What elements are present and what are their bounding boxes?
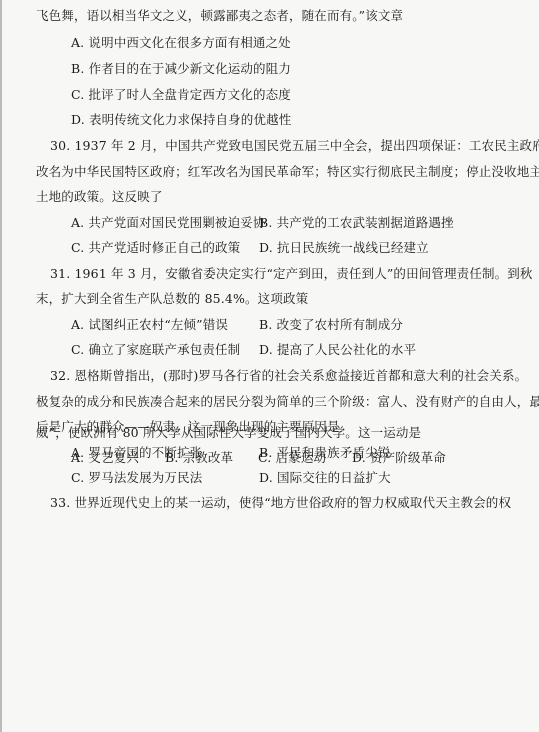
q30-stem-line: 土地的政策。这反映了 [36, 188, 163, 206]
q29-option-c: C. 批评了时人全盘肯定西方文化的态度 [71, 86, 291, 104]
exam-page: 飞色舞，语以相当华文之义，顿露鄙夷之态者，随在而有。”该文章 A. 说明中西文化… [0, 0, 539, 732]
q32-stem-line: 32. 恩格斯曾指出，(那时)罗马各行省的社会关系愈益接近首都和意大利的社会关系… [50, 367, 527, 385]
q31-stem-line: 31. 1961 年 3 月，安徽省委决定实行“定产到田，责任到人”的田间管理责… [50, 265, 533, 283]
q31-option-c: C. 确立了家庭联产承包责任制 [71, 341, 240, 359]
q33-stem-line: 威”，使欧洲有 80 所大学从国际性大学变成了国内大学。这一运动是 [36, 424, 421, 442]
q30-option-d: D. 抗日民族统一战线已经建立 [259, 239, 429, 257]
q29-option-b: B. 作者目的在于减少新文化运动的阻力 [71, 60, 291, 78]
q31-option-b: B. 改变了农村所有制成分 [259, 316, 403, 334]
q31-option-d: D. 提高了人民公社化的水平 [259, 341, 416, 359]
q31-option-a: A. 试图纠正农村“左倾”错误 [71, 316, 228, 334]
q30-option-c: C. 共产党适时修正自己的政策 [71, 239, 240, 257]
q30-stem-line: 改名为中华民国特区政府；红军改名为国民革命军；特区实行彻底民主制度；停止没收地主 [36, 163, 539, 181]
q33-option-b: B. 宗教改革 [165, 449, 233, 467]
q30-option-a: A. 共产党面对国民党围剿被迫妥协 [71, 214, 266, 232]
q33-stem-line: 33. 世界近现代史上的某一运动，使得“地方世俗政府的智力权威取代天主教会的权 [50, 494, 511, 512]
page-edge [0, 0, 2, 732]
q29-stem: 飞色舞，语以相当华文之义，顿露鄙夷之态者，随在而有。”该文章 [36, 7, 403, 25]
q31-stem-line: 末，扩大到全省生产队总数的 85.4%。这项政策 [36, 290, 308, 308]
q32-stem-line: 极复杂的成分和民族凑合起来的居民分裂为简单的三个阶级：富人、没有财产的自由人，最 [36, 393, 539, 411]
q30-stem-line: 30. 1937 年 2 月，中国共产党致电国民党五届三中全会，提出四项保证：工… [50, 137, 539, 155]
q30-option-b: B. 共产党的工农武装割据道路遇挫 [259, 214, 454, 232]
q29-option-a: A. 说明中西文化在很多方面有相通之处 [71, 34, 291, 52]
q32-option-c: C. 罗马法发展为万民法 [71, 469, 202, 487]
q33-option-a: A. 文艺复兴 [71, 449, 139, 467]
q33-option-c: C. 启蒙运动 [258, 449, 326, 467]
q33-option-d: D. 资产阶级革命 [352, 449, 446, 467]
q29-option-d: D. 表明传统文化力求保持自身的优越性 [71, 111, 291, 129]
q32-option-d: D. 国际交往的日益扩大 [259, 469, 391, 487]
